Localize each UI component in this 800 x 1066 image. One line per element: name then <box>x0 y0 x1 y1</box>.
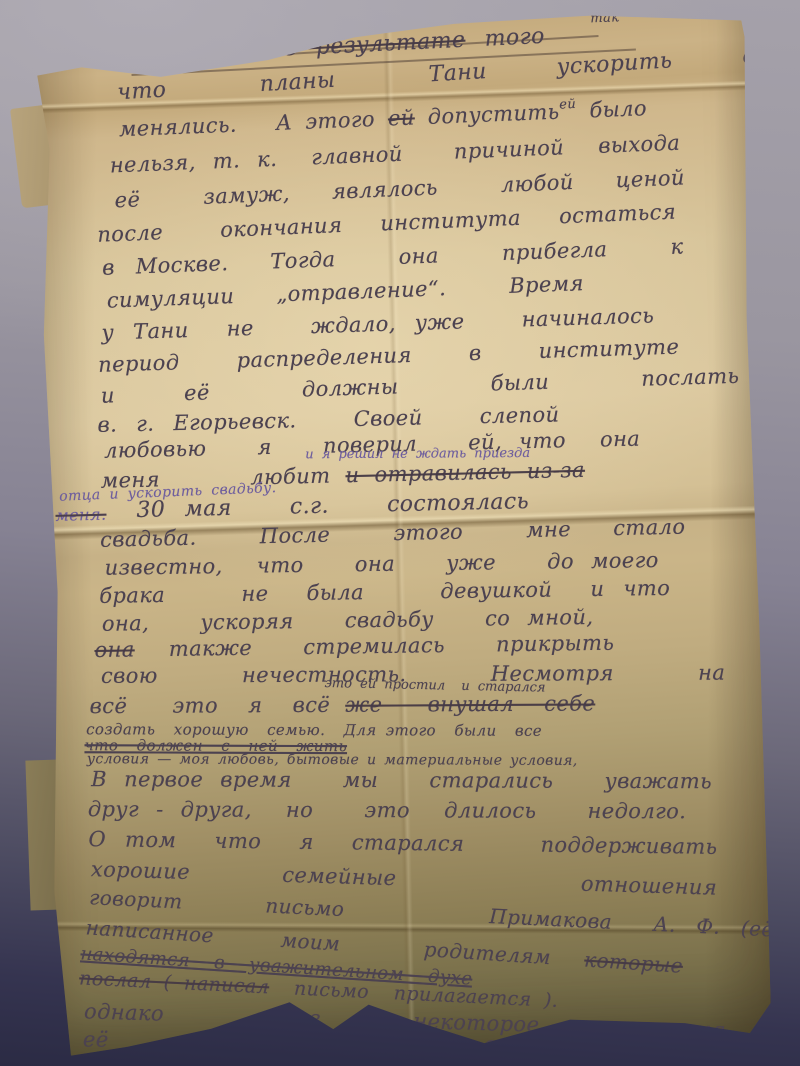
line-segment: также стремилась прикрыть <box>135 631 615 662</box>
photo-of-handwritten-letter: было симулировано так как произошло в ре… <box>0 0 800 1066</box>
line-segment: того <box>465 24 546 53</box>
handwritten-line: В первое время мы старались уважать <box>91 767 712 793</box>
struck-text: которые <box>584 947 684 977</box>
handwritten-line: симуляции „отравление“. Время <box>106 271 584 312</box>
line-segment: было <box>576 96 648 123</box>
struck-text: же внушал себе <box>345 691 595 716</box>
struck-text: в результате <box>283 28 466 62</box>
inserted-text: и я решил не ждать приезда <box>305 446 530 462</box>
struck-text: и отравилась из-за <box>345 458 585 487</box>
line-segment: допустить <box>414 100 560 130</box>
line-segment: менялись. А этого <box>118 106 388 141</box>
handwritten-line: О том что я старался поддерживать <box>88 827 717 859</box>
struck-text: ей <box>387 105 415 130</box>
handwritten-line: друг - друга, но это длилось недолго. <box>88 797 687 823</box>
letter-paper: было симулировано так как произошло в ре… <box>30 10 771 1056</box>
struck-text: она <box>94 637 135 662</box>
inserted-text: ей <box>559 97 576 113</box>
struck-text: меня. <box>55 505 106 525</box>
handwritten-line: брака не была девушкой и что <box>99 576 670 608</box>
line-segment: всё это я всё <box>90 693 346 718</box>
handwritten-line: всё это я всё же внушал себеэто ей прост… <box>90 691 596 718</box>
handwritten-line: условия — моя любовь, бытовые и материал… <box>87 751 578 769</box>
handwritten-line: её мать начала — систематически <box>83 1027 686 1058</box>
handwritten-line: известно, что она уже до моего <box>104 548 658 580</box>
handwritten-line: она также стремилась прикрыть <box>94 631 614 662</box>
line-segment: произошло <box>131 37 284 69</box>
